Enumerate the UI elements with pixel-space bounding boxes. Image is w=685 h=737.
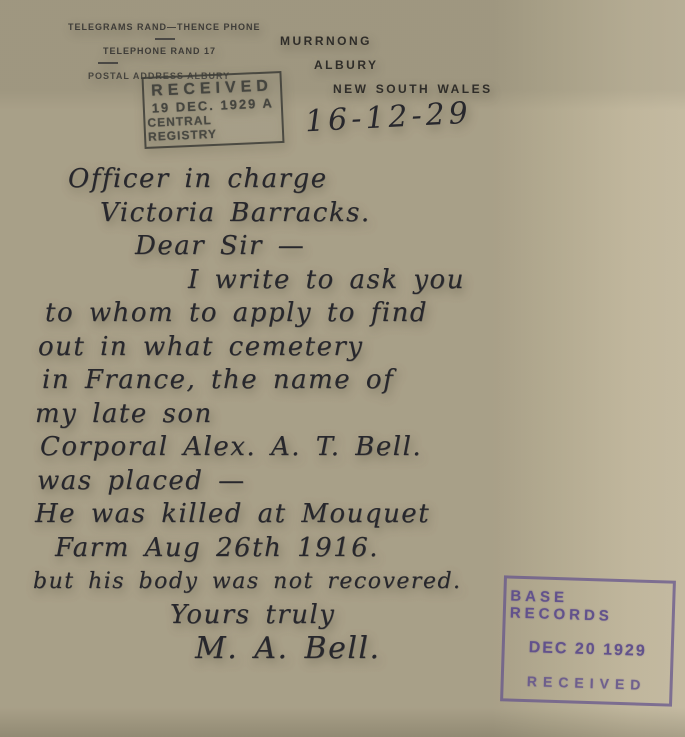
letterhead-telegrams-line: TELEGRAMS RAND—THENCE PHONE [68, 22, 261, 32]
letterhead-telephone-line: TELEPHONE RAND 17 [103, 46, 216, 56]
handwriting-line: Officer in charge [68, 163, 510, 197]
handwriting-line: I write to ask you [188, 264, 510, 298]
base-records-stamp-received: RECEIVED [527, 673, 647, 693]
letterhead-estate-name: Murrnong [280, 30, 372, 50]
handwriting-line: Yours truly [170, 599, 510, 633]
album-backing-page: TELEGRAMS RAND—THENCE PHONE TELEPHONE RA… [0, 0, 685, 737]
letter-paper: TELEGRAMS RAND—THENCE PHONE TELEPHONE RA… [18, 0, 510, 737]
base-records-stamp: BASE RECORDS DEC 20 1929 RECEIVED [500, 575, 676, 706]
handwriting-line: Farm Aug 26th 1916. [55, 532, 510, 566]
handwriting-line: Corporal Alex. A. T. Bell. [40, 431, 510, 465]
handwritten-date: 16-12-29 [304, 96, 472, 140]
handwriting-line: M. A. Bell. [195, 632, 510, 666]
handwriting-line: to whom to apply to find [45, 297, 510, 331]
handwriting-line: but his body was not recovered. [33, 565, 510, 599]
letterhead-divider-1 [155, 38, 175, 40]
letterhead-divider-2 [98, 62, 118, 64]
received-stamp: RECEIVED 19 DEC. 1929 A CENTRAL REGISTRY [141, 71, 284, 149]
handwriting-line: Dear Sir — [135, 230, 510, 264]
handwriting-line: in France, the name of [42, 364, 510, 398]
base-records-stamp-title: BASE RECORDS [510, 588, 669, 627]
received-stamp-office: CENTRAL REGISTRY [147, 110, 280, 144]
handwriting-line: my late son [35, 398, 510, 432]
handwriting-line: was placed — [37, 465, 510, 499]
letterhead-town-name: Albury [314, 54, 379, 74]
base-records-stamp-date: DEC 20 1929 [528, 639, 647, 661]
handwriting-body: Officer in chargeVictoria Barracks.Dear … [18, 163, 510, 666]
handwriting-line: out in what cemetery [38, 331, 510, 365]
handwriting-line: He was killed at Mouquet [35, 498, 510, 532]
handwriting-line: Victoria Barracks. [100, 197, 510, 231]
